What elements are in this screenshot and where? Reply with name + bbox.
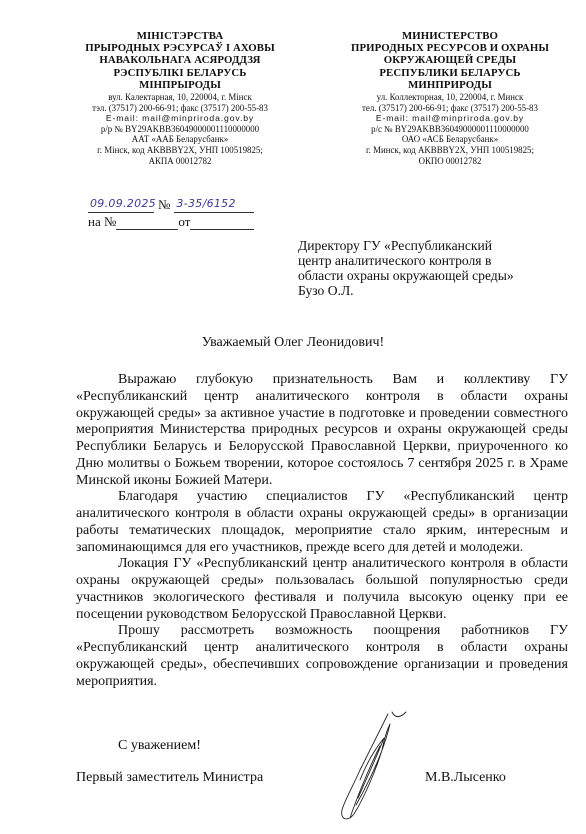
from-label: от xyxy=(178,213,190,230)
bank-name: ААТ «ААБ Беларусбанк» xyxy=(55,134,305,145)
letterhead-contacts: вул. Калектарная, 10, 220004, г. Мінск т… xyxy=(55,92,305,166)
signer-position: Первый заместитель Министра xyxy=(76,770,263,786)
bank-account: р/р № BY29AKBB36049000001110000000 xyxy=(55,124,305,135)
salutation: Уважаемый Олег Леонидович! xyxy=(0,335,586,351)
okpo: ОКПО 00012782 xyxy=(325,156,575,167)
outgoing-registration: 09.09.2025 № 3-35/6152 xyxy=(88,196,254,213)
letterhead-title: МІНІСТЭРСТВА ПРЫРОДНЫХ РЭСУРСАЎ І АХОВЫ … xyxy=(55,30,305,91)
okpo: АКПА 00012782 xyxy=(55,156,305,167)
letterhead-belarusian: МІНІСТЭРСТВА ПРЫРОДНЫХ РЭСУРСАЎ І АХОВЫ … xyxy=(55,30,305,166)
addressee-line: Директору ГУ «Республиканский xyxy=(298,238,578,253)
title-line: ОКРУЖАЮЩЕЙ СРЕДЫ xyxy=(325,54,575,66)
body-paragraph: Благодаря участию специалистов ГУ «Респу… xyxy=(76,489,568,556)
bank-name: ОАО «АСБ Беларусбанк» xyxy=(325,134,575,145)
letterhead-title: МИНИСТЕРСТВО ПРИРОДНЫХ РЕСУРСОВ И ОХРАНЫ… xyxy=(325,30,575,91)
title-line: МИНПРИРОДЫ xyxy=(325,79,575,91)
number-label: № xyxy=(158,196,170,213)
email: E-mail: mail@minpriroda.gov.by xyxy=(325,113,575,124)
letter-body: Выражаю глубокую признательность Вам и к… xyxy=(76,372,568,690)
letterhead-contacts: ул. Коллекторная, 10, 220004, г. Минск т… xyxy=(325,92,575,166)
body-paragraph: Выражаю глубокую признательность Вам и к… xyxy=(76,372,568,489)
handwritten-date: 09.09.2025 xyxy=(90,195,156,212)
bank-account: р/с № BY29AKBB36049000001110000000 xyxy=(325,124,575,135)
addressee-name: Бузо О.Л. xyxy=(298,283,578,298)
reference-registration: на № от xyxy=(88,213,254,230)
letterhead-russian: МИНИСТЕРСТВО ПРИРОДНЫХ РЕСУРСОВ И ОХРАНЫ… xyxy=(325,30,575,166)
ref-date-field xyxy=(190,215,254,230)
title-line: РЕСПУБЛИКИ БЕЛАРУСЬ xyxy=(325,67,575,79)
ref-number-field xyxy=(116,215,178,230)
registration-block: 09.09.2025 № 3-35/6152 на № от xyxy=(88,196,254,230)
title-line: НАВАКОЛЬНАГА АСЯРОДДЗЯ xyxy=(55,54,305,66)
addressee-line: центр аналитического контроля в xyxy=(298,253,578,268)
body-paragraph: Прошу рассмотреть возможность поощрения … xyxy=(76,623,568,690)
phone: тэл. (37517) 200-66-91; факс (37517) 200… xyxy=(55,103,305,114)
bank-code: г. Мінск, код AKBBBY2X, УНП 100519825; xyxy=(55,145,305,156)
addressee-line: области охраны окружающей среды» xyxy=(298,268,578,283)
email: E-mail: mail@minpriroda.gov.by xyxy=(55,113,305,124)
phone: тел. (37517) 200-66-91; факс (37517) 200… xyxy=(325,103,575,114)
body-paragraph: Локация ГУ «Республиканский центр аналит… xyxy=(76,556,568,623)
title-line: МИНИСТЕРСТВО xyxy=(325,30,575,42)
handwritten-signature-icon xyxy=(330,710,410,825)
title-line: МІНПРЫРОДЫ xyxy=(55,79,305,91)
closing-phrase: С уважением! xyxy=(118,738,201,754)
number-field: 3-35/6152 xyxy=(174,198,254,213)
title-line: РЭСПУБЛІКІ БЕЛАРУСЬ xyxy=(55,67,305,79)
bank-code: г. Минск, код AKBBBY2X, УНП 100519825; xyxy=(325,145,575,156)
title-line: ПРИРОДНЫХ РЕСУРСОВ И ОХРАНЫ xyxy=(325,42,575,54)
ref-label: на № xyxy=(88,213,116,230)
address: вул. Калектарная, 10, 220004, г. Мінск xyxy=(55,92,305,103)
handwritten-number: 3-35/6152 xyxy=(176,195,235,212)
title-line: ПРЫРОДНЫХ РЭСУРСАЎ І АХОВЫ xyxy=(55,42,305,54)
signer-name: М.В.Лысенко xyxy=(425,770,506,786)
address: ул. Коллекторная, 10, 220004, г. Минск xyxy=(325,92,575,103)
addressee-block: Директору ГУ «Республиканский центр анал… xyxy=(298,238,578,298)
title-line: МІНІСТЭРСТВА xyxy=(55,30,305,42)
date-field: 09.09.2025 xyxy=(88,198,154,213)
